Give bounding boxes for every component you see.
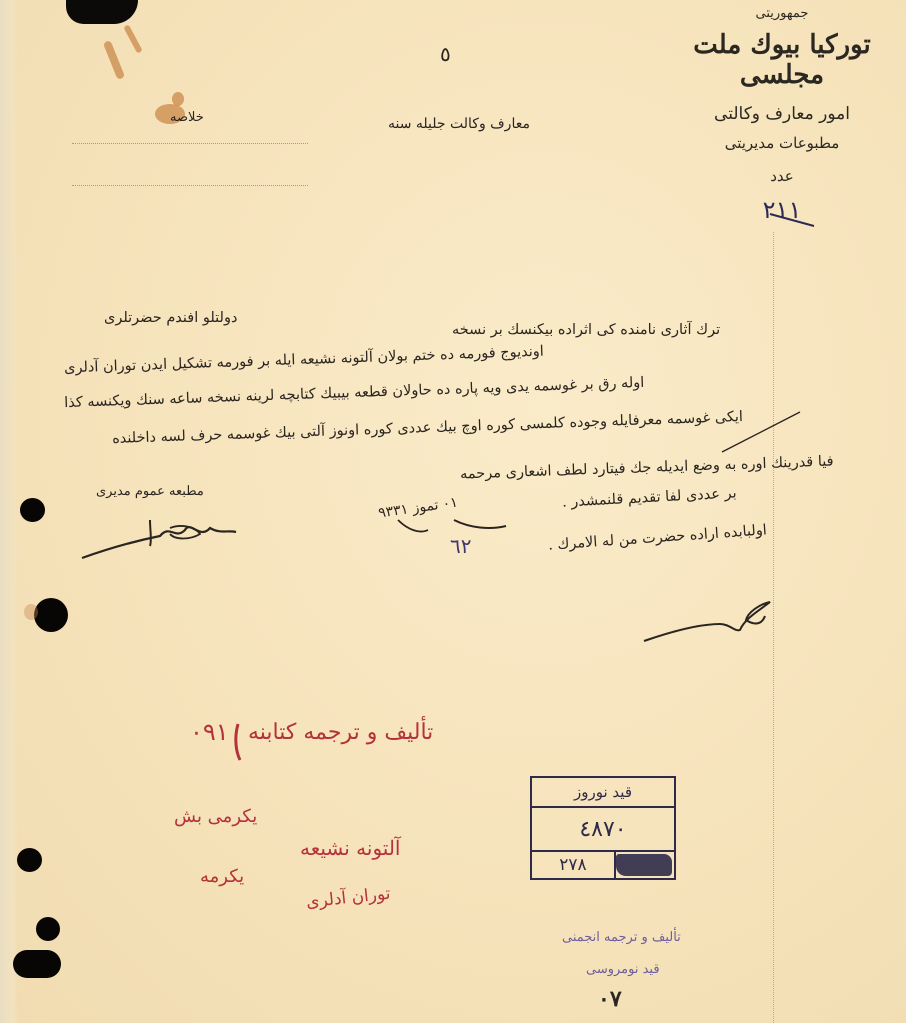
- red-bracket: [236, 724, 240, 760]
- right-signature: [644, 602, 770, 641]
- handwriting-strokes: [0, 0, 906, 1023]
- left-signature: [82, 527, 236, 558]
- date-flourish: [454, 520, 506, 528]
- number-flourish: [770, 214, 814, 226]
